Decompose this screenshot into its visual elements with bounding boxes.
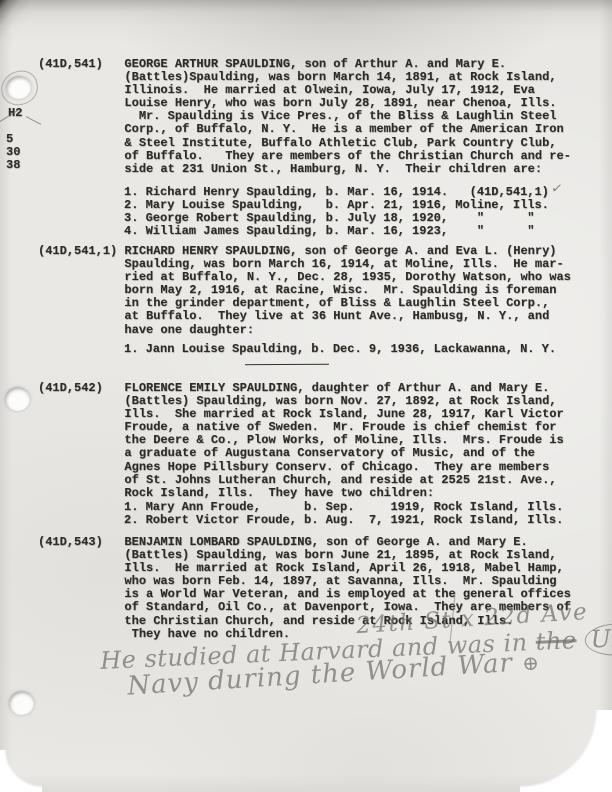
rounded-corner-mask <box>520 710 612 792</box>
punch-hole-middle <box>5 387 30 411</box>
pencil-checkmark: ✓ <box>550 180 564 197</box>
typed-line: Corp., of Buffalo, N. Y. He is a member … <box>38 123 571 136</box>
typed-line: Agnes Hope Pillsbury Conserv. of Chicago… <box>38 461 564 474</box>
handwritten-circled-text: U.S. <box>584 622 612 657</box>
children-list-richard-henry: 1. Jann Louise Spaulding, b. Dec. 9, 193… <box>124 343 556 356</box>
entry-richard-henry-spaulding: (41D,541,1) RICHARD HENRY SPAULDING, son… <box>38 245 571 337</box>
typed-line: side at 231 Union St., Hamburg, N. Y. Th… <box>38 163 571 176</box>
rounded-corner-mask <box>0 750 42 792</box>
margin-number: 38 <box>6 158 20 172</box>
entry-florence-emily-spaulding: (41D,542) FLORENCE EMILY SPAULDING, daug… <box>38 382 564 500</box>
child-row: 1. Jann Louise Spaulding, b. Dec. 9, 193… <box>124 343 556 356</box>
typed-line: at Buffalo. They live at 36 Hunt Ave., H… <box>38 310 571 323</box>
handwritten-struck-word: the <box>535 626 577 656</box>
typed-line: a graduate of Augustana Conservatory of … <box>38 447 564 460</box>
margin-number: 5 <box>6 132 13 146</box>
scanned-genealogy-page: H2 5 30 38 (41D,541) GEORGE ARTHUR SPAUL… <box>0 0 612 792</box>
child-row: 4. William James Spaulding, b. Mar. 16, … <box>124 225 549 238</box>
circled-plus-mark: ⊕ <box>521 650 540 675</box>
child-row: 2. Robert Victor Froude, b. Aug. 7, 1921… <box>124 514 563 527</box>
margin-number: 30 <box>6 145 20 159</box>
children-list-george-arthur: 1. Richard Henry Spaulding, b. Mar. 16, … <box>124 186 549 238</box>
typed-line: of Buffalo. They are members of the Chri… <box>38 150 571 163</box>
entry-george-arthur-spaulding: (41D,541) GEORGE ARTHUR SPAULDING, son o… <box>38 58 571 176</box>
typed-line: & Steel Institute, Buffalo Athletic Club… <box>38 137 571 150</box>
typed-line: Rock Island, Ills. They have two childre… <box>38 487 564 500</box>
children-list-florence-emily: 1. Mary Ann Froude, b. Sep. 1919, Rock I… <box>124 501 563 527</box>
punch-hole-bottom <box>9 691 34 715</box>
typed-line: have one daughter: <box>38 324 571 337</box>
typed-line: of St. Johns Lutheran Church, and reside… <box>38 474 564 487</box>
